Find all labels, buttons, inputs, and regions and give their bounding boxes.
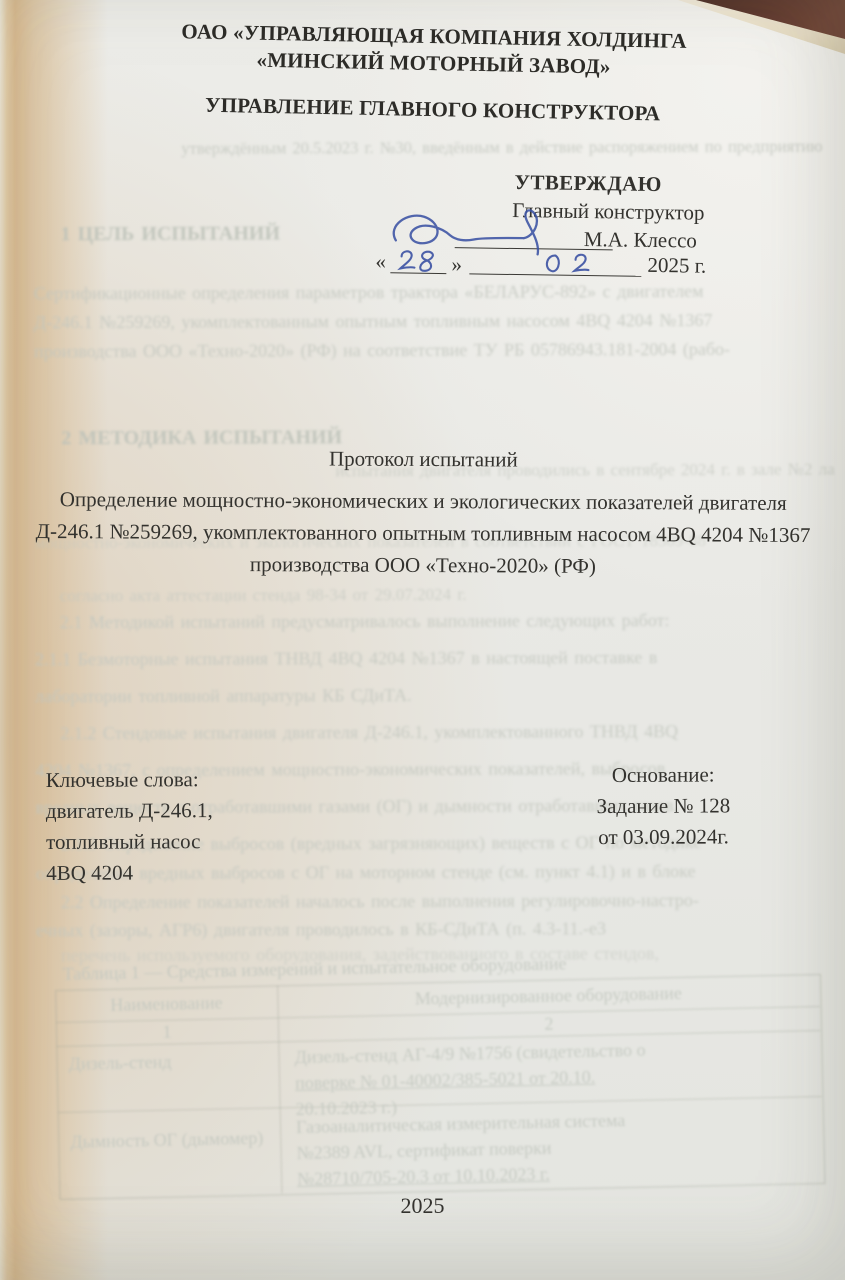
keywords-item2: топливный насос [46, 829, 200, 855]
basis-line1: Задание № 128 [566, 793, 761, 819]
keywords-item1: двигатель Д-246.1, [46, 798, 213, 824]
keywords-basis-block: Ключевые слова: двигатель Д-246.1, топли… [0, 0, 845, 1280]
keywords-label: Ключевые слова: [46, 767, 199, 793]
basis-line2: от 03.09.2024г. [566, 824, 761, 850]
keywords-item3: 4BQ 4204 [46, 861, 133, 886]
footer-year: 2025 [0, 1193, 845, 1219]
basis-label: Основание: [566, 762, 761, 788]
document-photo: утверждённым 20.5.2023 г. №30, введённым… [0, 0, 845, 1280]
